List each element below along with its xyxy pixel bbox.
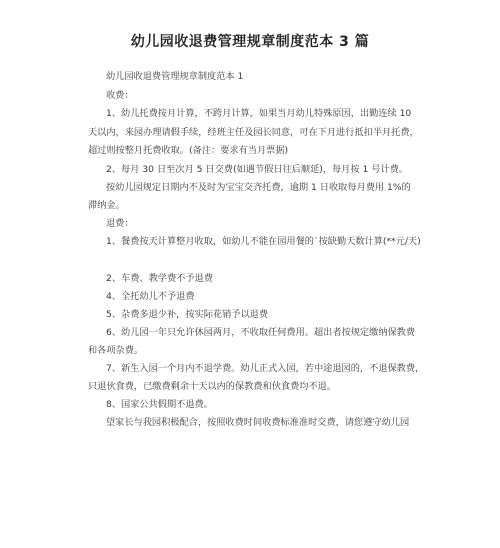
refund-line-8: 只退伙食费，已缴费剩余十天以内的保教费和伙食费均不退。 (88, 381, 336, 393)
fee-line-2: 天以内，来园办理请假手续，经班主任及园长同意，可在下月进行抵扣半月托费， (88, 127, 419, 139)
refund-line-9: 8、国家公共假期不退费。 (106, 399, 213, 411)
fee-line-1: 1、幼儿托费按月计算，不跨月计算，如果当月幼儿特殊原因，出勤连续 10 (106, 108, 411, 120)
section-heading-fees: 收费： (106, 90, 134, 102)
document-title: 幼儿园收退费管理规章制度范本 3 篇 (0, 31, 500, 51)
refund-line-3: 4、全托幼儿不予退费 (106, 291, 195, 303)
fee-line-5: 按幼儿园规定日期内不及时为宝宝交齐托费，逾期 1 日收取每月费用 1%的 (106, 182, 411, 194)
refund-line-7: 7、新生入园一个月内不退学费。幼儿正式入园，若中途退园的，不退保教费， (106, 363, 424, 375)
refund-line-4: 5、杂费多退少补，按实际花销予以退费 (106, 309, 268, 321)
fee-line-4: 2、每月 30 日至次月 5 日交费(如遇节假日往后顺延)，每月按 1 号计费。 (106, 164, 408, 176)
refund-line-5: 6、幼儿园一年只允许休园两月，不收取任何费用。超出者按规定缴纳保教费 (106, 327, 415, 339)
section-heading-refunds: 退费： (106, 218, 134, 230)
document-page: 幼儿园收退费管理规章制度范本 3 篇 幼儿园收退费管理规章制度范本 1 收费： … (0, 0, 500, 548)
document-subtitle: 幼儿园收退费管理规章制度范本 1 (106, 71, 243, 83)
refund-line-2: 2、车费、教学费不予退费 (106, 273, 213, 285)
fee-line-3: 超过则按整月托费收取。(备注：要求有当月票据) (88, 145, 288, 157)
refund-line-10: 望家长与我园积极配合，按照收费时间收费标准准时交费，请您遵守幼儿园 (106, 417, 409, 429)
refund-line-6: 和各项杂费。 (88, 345, 143, 357)
fee-line-6: 滞纳金。 (88, 200, 125, 212)
refund-line-1: 1、餐费按天计算整月收取，如幼儿不能在园用餐的`按缺勤天数计算(**元/天) (106, 236, 421, 248)
